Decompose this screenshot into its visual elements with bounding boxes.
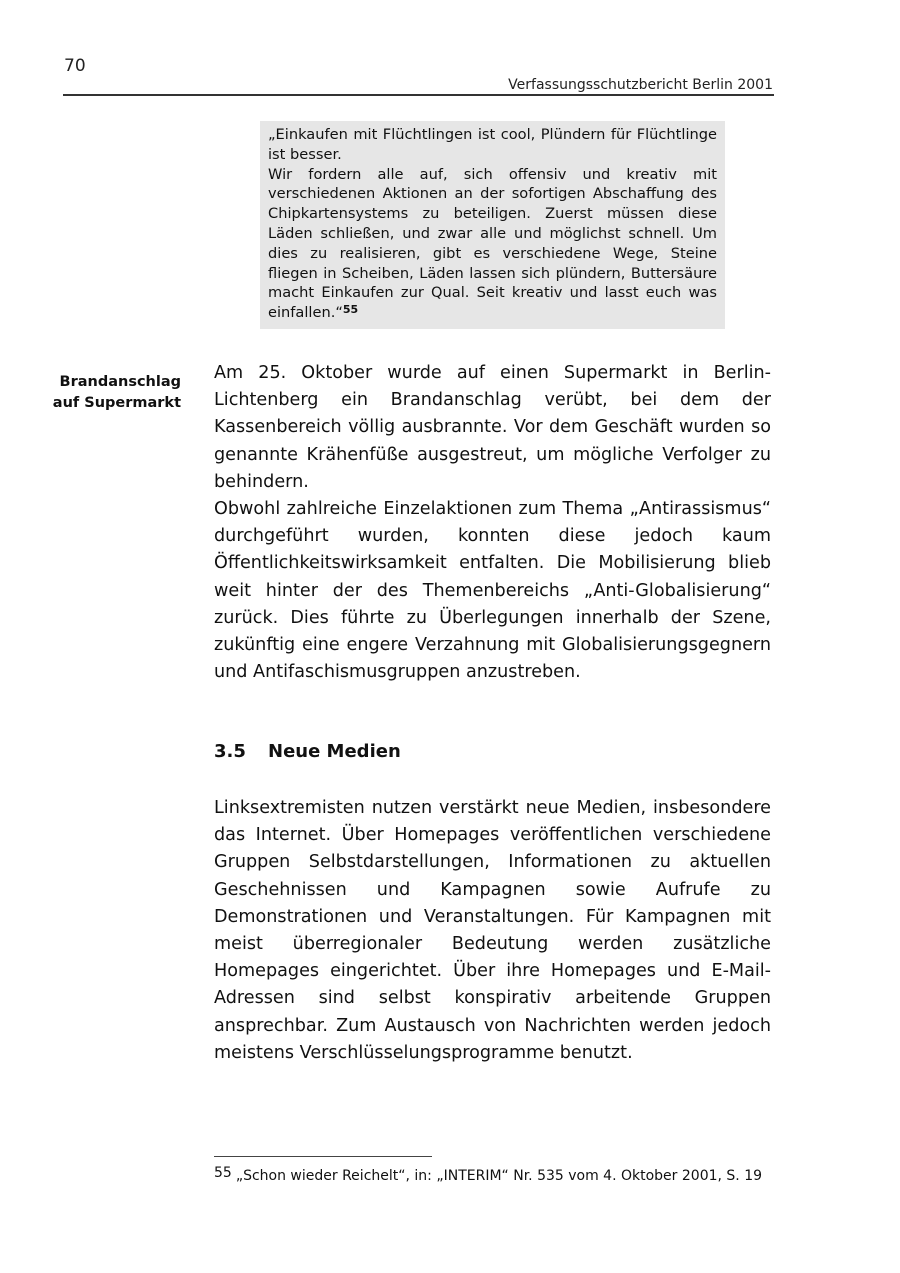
margin-note: Brandanschlag auf Supermarkt bbox=[40, 372, 181, 414]
footnote: 55„Schon wieder Reichelt“, in: „INTERIM“… bbox=[214, 1165, 762, 1184]
footnote-rule bbox=[214, 1156, 432, 1157]
footnote-text: „Schon wieder Reichelt“, in: „INTERIM“ N… bbox=[236, 1168, 762, 1184]
header-rule bbox=[63, 94, 774, 96]
page-number: 70 bbox=[64, 56, 86, 76]
section-number: 3.5 bbox=[214, 741, 268, 762]
quote-box: „Einkaufen mit Flüchtlingen ist cool, Pl… bbox=[260, 121, 725, 329]
quote-paragraph-2-text: Wir fordern alle auf, sich offensiv und … bbox=[268, 166, 717, 322]
paragraph-neue-medien: Linksextremisten nutzen verstärkt neue M… bbox=[214, 795, 771, 1067]
section-heading: 3.5Neue Medien bbox=[214, 741, 401, 762]
quote-paragraph-2: Wir fordern alle auf, sich offensiv und … bbox=[268, 165, 717, 323]
footnote-reference[interactable]: 55 bbox=[343, 303, 358, 316]
paragraph-text: Am 25. Oktober wurde auf einen Supermark… bbox=[214, 360, 771, 496]
quote-paragraph-1: „Einkaufen mit Flüchtlingen ist cool, Pl… bbox=[268, 125, 717, 165]
paragraph-antirassismus: Obwohl zahlreiche Einzelaktionen zum The… bbox=[214, 496, 771, 686]
paragraph-brandanschlag: Am 25. Oktober wurde auf einen Supermark… bbox=[214, 360, 771, 496]
running-header: Verfassungsschutzbericht Berlin 2001 bbox=[508, 77, 773, 93]
paragraph-text: Linksextremisten nutzen verstärkt neue M… bbox=[214, 795, 771, 1067]
margin-note-line-1: Brandanschlag bbox=[40, 372, 181, 393]
paragraph-text: Obwohl zahlreiche Einzelaktionen zum The… bbox=[214, 496, 771, 686]
footnote-number: 55 bbox=[214, 1165, 232, 1181]
margin-note-line-2: auf Supermarkt bbox=[40, 393, 181, 414]
section-title: Neue Medien bbox=[268, 741, 401, 762]
